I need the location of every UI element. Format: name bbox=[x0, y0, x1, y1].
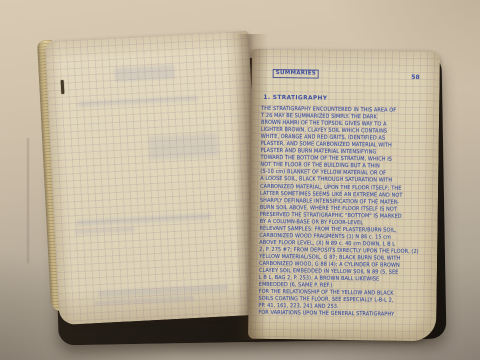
ink-bleed-smudge bbox=[94, 296, 194, 305]
handwritten-line: FOR VARIATIONS UPON THE GENERAL STRATIGR… bbox=[258, 310, 418, 319]
ink-bleed-smudge bbox=[114, 65, 175, 82]
ink-bleed-smudge bbox=[78, 96, 198, 107]
notebook-photo: SUMMARIES 58 1. STRATIGRAPHY THE STRATIG… bbox=[0, 0, 480, 360]
ink-bleed-smudge bbox=[76, 213, 211, 226]
page-number: 58 bbox=[411, 74, 419, 81]
ink-bleed-smudge bbox=[148, 133, 219, 161]
left-page-blank bbox=[45, 31, 264, 325]
ink-bleed-smudge bbox=[75, 227, 135, 234]
page-header-box: SUMMARIES bbox=[273, 69, 319, 79]
background-scratch bbox=[27, 138, 29, 263]
right-page-written: SUMMARIES 58 1. STRATIGRAPHY THE STRATIG… bbox=[248, 49, 440, 342]
section-heading: 1. STRATIGRAPHY bbox=[263, 95, 327, 102]
handwritten-body: THE STRATIGRAPHY ENCOUNTERED IN THIS ARE… bbox=[258, 106, 439, 341]
ink-bleed-smudge bbox=[98, 284, 228, 297]
